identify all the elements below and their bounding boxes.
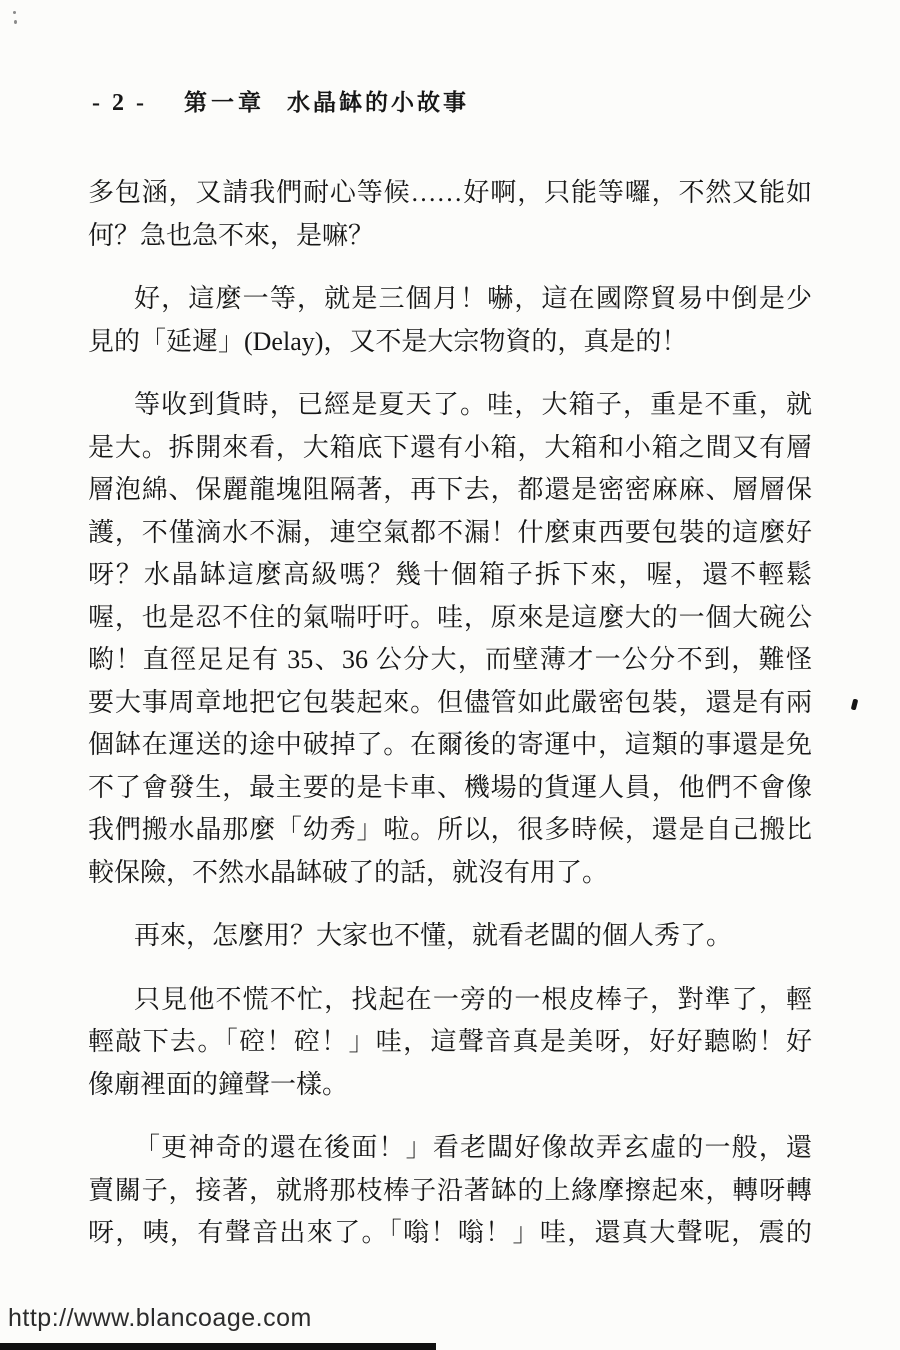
text-line: 等收到貨時，已經是夏天了。哇，大箱子，重是不重，就 xyxy=(88,384,812,427)
chapter-title: 水晶缽的小故事 xyxy=(287,84,469,117)
text-line: 只見他不慌不忙，找起在一旁的一根皮棒子，對準了，輕 xyxy=(88,979,812,1022)
text-line: 層泡綿、保麗龍塊阻隔著，再下去，都還是密密麻麻、層層保 xyxy=(88,469,812,512)
scan-speck xyxy=(13,11,16,14)
scan-speck xyxy=(14,20,17,24)
text-line: 是大。拆開來看，大箱底下還有小箱，大箱和小箱之間又有層 xyxy=(88,427,812,470)
text-line: 呀？水晶缽這麼高級嗎？幾十個箱子拆下來，喔，還不輕鬆 xyxy=(88,554,812,597)
paragraph: 「更神奇的還在後面！」看老闆好像故弄玄虛的一般，還賣關子，接著，就將那枝棒子沿著… xyxy=(88,1127,812,1255)
footer-url: http://www.blancoage.com xyxy=(8,1304,312,1333)
paragraph: 只見他不慌不忙，找起在一旁的一根皮棒子，對準了，輕輕敲下去。「硿！硿！」哇，這聲… xyxy=(88,979,812,1107)
text-line: 再來，怎麼用？大家也不懂，就看老闆的個人秀了。 xyxy=(88,915,812,958)
text-line: 不了會發生，最主要的是卡車、機場的貨運人員，他們不會像 xyxy=(88,767,812,810)
page-header: - 2 - 第一章 水晶缽的小故事 xyxy=(92,84,469,117)
paragraph: 等收到貨時，已經是夏天了。哇，大箱子，重是不重，就是大。拆開來看，大箱底下還有小… xyxy=(88,384,812,894)
text-line: 呀，咦，有聲音出來了。「嗡！嗡！」哇，還真大聲呢，震的 xyxy=(88,1212,812,1255)
text-line: 多包涵，又請我們耐心等候……好啊，只能等囉，不然又能如 xyxy=(88,172,812,215)
scanned-book-page: - 2 - 第一章 水晶缽的小故事 多包涵，又請我們耐心等候……好啊，只能等囉，… xyxy=(0,0,900,1350)
paragraph: 多包涵，又請我們耐心等候……好啊，只能等囉，不然又能如何？急也急不來，是嘛？ xyxy=(88,172,812,257)
text-line: 較保險，不然水晶缽破了的話，就沒有用了。 xyxy=(88,852,812,895)
scan-mark xyxy=(851,699,859,711)
text-line: 見的「延遲」(Delay)，又不是大宗物資的，真是的！ xyxy=(88,321,812,364)
chapter-label: 第一章 xyxy=(184,84,265,117)
text-line: 要大事周章地把它包裝起來。但儘管如此嚴密包裝，還是有兩 xyxy=(88,682,812,725)
text-line: 喲！直徑足足有 35、36 公分大，而壁薄才一公分不到，難怪 xyxy=(88,639,812,682)
text-line: 像廟裡面的鐘聲一樣。 xyxy=(88,1064,812,1107)
text-line: 賣關子，接著，就將那枝棒子沿著缽的上緣摩擦起來，轉呀轉 xyxy=(88,1170,812,1213)
text-line: 好，這麼一等，就是三個月！嚇，這在國際貿易中倒是少 xyxy=(88,278,812,321)
footer-bar xyxy=(0,1343,436,1350)
text-line: 何？急也急不來，是嘛？ xyxy=(88,215,812,258)
text-line: 喔，也是忍不住的氣喘吁吁。哇，原來是這麼大的一個大碗公 xyxy=(88,597,812,640)
text-line: 「更神奇的還在後面！」看老闆好像故弄玄虛的一般，還 xyxy=(88,1127,812,1170)
paragraph: 再來，怎麼用？大家也不懂，就看老闆的個人秀了。 xyxy=(88,915,812,958)
paragraph: 好，這麼一等，就是三個月！嚇，這在國際貿易中倒是少見的「延遲」(Delay)，又… xyxy=(88,278,812,363)
text-line: 輕敲下去。「硿！硿！」哇，這聲音真是美呀，好好聽喲！好 xyxy=(88,1021,812,1064)
text-line: 我們搬水晶那麼「幼秀」啦。所以，很多時候，還是自己搬比 xyxy=(88,809,812,852)
text-line: 個缽在運送的途中破掉了。在爾後的寄運中，這類的事還是免 xyxy=(88,724,812,767)
page-number: - 2 - xyxy=(92,90,147,117)
body-text: 多包涵，又請我們耐心等候……好啊，只能等囉，不然又能如何？急也急不來，是嘛？好，… xyxy=(88,172,812,1276)
text-line: 護，不僅滴水不漏，連空氣都不漏！什麼東西要包裝的這麼好 xyxy=(88,512,812,555)
